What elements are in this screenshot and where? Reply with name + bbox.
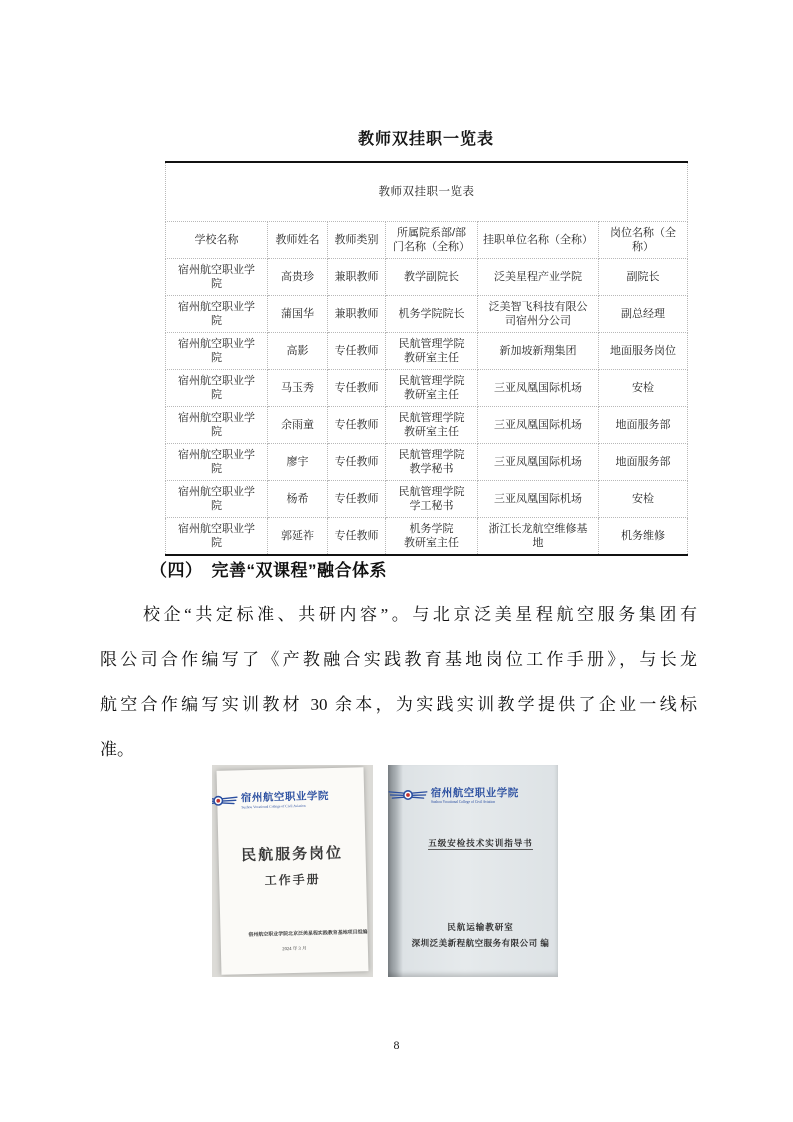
table-row: 宿州航空职业学院蒲国华兼职教师机务学院院长泛美智飞科技有限公 司宿州分公司副总经… bbox=[166, 296, 688, 333]
right-book-department: 民航运输教研室 bbox=[403, 921, 558, 933]
table-cell: 浙江长龙航空维修基 地 bbox=[478, 518, 599, 556]
table-row: 宿州航空职业学院高贵珍兼职教师教学副院长泛美星程产业学院副院长 bbox=[166, 259, 688, 296]
left-book-cover: 宿州航空职业学院 Suzhou Vocational College of Ci… bbox=[217, 767, 369, 975]
table-cell: 民航管理学院 教研室主任 bbox=[386, 333, 478, 370]
college-logo: 宿州航空职业学院 Suzhou Vocational College of Ci… bbox=[403, 765, 558, 805]
table-cell: 教学副院长 bbox=[386, 259, 478, 296]
paragraph-line: 限公司合作编写了《产教融合实践教育基地岗位工作手册》，与长龙 bbox=[100, 637, 697, 682]
table-cell: 宿州航空职业学院 bbox=[166, 370, 268, 407]
table-row: 宿州航空职业学院郭延祚专任教师机务学院 教研室主任浙江长龙航空维修基 地机务维修 bbox=[166, 518, 688, 556]
table-cell: 泛美智飞科技有限公 司宿州分公司 bbox=[478, 296, 599, 333]
table-caption: 教师双挂职一览表 bbox=[166, 162, 688, 222]
table-row: 宿州航空职业学院廖宇专任教师民航管理学院 教学秘书三亚凤凰国际机场地面服务部 bbox=[166, 444, 688, 481]
table-cell: 专任教师 bbox=[328, 407, 386, 444]
table-cell: 安检 bbox=[599, 481, 688, 518]
table-cell: 三亚凤凰国际机场 bbox=[478, 481, 599, 518]
table-cell: 兼职教师 bbox=[328, 259, 386, 296]
table-cell: 三亚凤凰国际机场 bbox=[478, 407, 599, 444]
table-cell: 宿州航空职业学院 bbox=[166, 518, 268, 556]
table-row: 宿州航空职业学院杨希专任教师民航管理学院 学工秘书三亚凤凰国际机场安检 bbox=[166, 481, 688, 518]
table-cell: 专任教师 bbox=[328, 481, 386, 518]
table-cell: 余雨童 bbox=[268, 407, 328, 444]
table-cell: 新加坡新翔集团 bbox=[478, 333, 599, 370]
table-cell: 宿州航空职业学院 bbox=[166, 296, 268, 333]
right-book-cover: 宿州航空职业学院 Suzhou Vocational College of Ci… bbox=[403, 765, 558, 977]
table-cell: 三亚凤凰国际机场 bbox=[478, 444, 599, 481]
table-row: 宿州航空职业学院马玉秀专任教师民航管理学院 教研室主任三亚凤凰国际机场安检 bbox=[166, 370, 688, 407]
book-photo-right: 宿州航空职业学院 Suzhou Vocational College of Ci… bbox=[388, 765, 558, 977]
table-cell: 民航管理学院 教研室主任 bbox=[386, 370, 478, 407]
table-cell: 民航管理学院 学工秘书 bbox=[386, 481, 478, 518]
table-cell: 杨希 bbox=[268, 481, 328, 518]
document-page: 教师双挂职一览表 教师双挂职一览表 学校名称教师姓名教师类别所属院系部/部门名称… bbox=[0, 0, 793, 1122]
college-name: 宿州航空职业学院 bbox=[241, 787, 373, 805]
table-cell: 地面服务部 bbox=[599, 407, 688, 444]
table-cell: 机务学院 教研室主任 bbox=[386, 518, 478, 556]
table-row: 宿州航空职业学院高影专任教师民航管理学院 教研室主任新加坡新翔集团地面服务岗位 bbox=[166, 333, 688, 370]
teacher-roster-table: 教师双挂职一览表 学校名称教师姓名教师类别所属院系部/部门名称（全称）挂职单位名… bbox=[165, 161, 688, 556]
table-row: 宿州航空职业学院余雨童专任教师民航管理学院 教研室主任三亚凤凰国际机场地面服务部 bbox=[166, 407, 688, 444]
left-book-editor: 宿州航空职业学院北京泛美星程实践教育基地项目组编 bbox=[248, 929, 339, 938]
wings-emblem-icon bbox=[212, 792, 238, 809]
table-cell: 地面服务岗位 bbox=[599, 333, 688, 370]
table-cell: 副院长 bbox=[599, 259, 688, 296]
table-cell: 宿州航空职业学院 bbox=[166, 259, 268, 296]
table-cell: 蒲国华 bbox=[268, 296, 328, 333]
table-cell: 专任教师 bbox=[328, 333, 386, 370]
table-cell: 安检 bbox=[599, 370, 688, 407]
section-heading: （四） 完善“双课程”融合体系 bbox=[150, 556, 387, 581]
table-cell: 宿州航空职业学院 bbox=[166, 481, 268, 518]
table-header-cell: 学校名称 bbox=[166, 222, 268, 259]
table-cell: 专任教师 bbox=[328, 444, 386, 481]
paragraph-line: 航空合作编写实训教材 30 余本，为实践实训教学提供了企业一线标 bbox=[100, 682, 697, 727]
table-header-cell: 岗位名称（全称） bbox=[599, 222, 688, 259]
college-name-english: Suzhou Vocational College of Civil Aviat… bbox=[241, 804, 305, 808]
table-header-cell: 教师姓名 bbox=[268, 222, 328, 259]
table-cell: 廖宇 bbox=[268, 444, 328, 481]
wings-emblem-icon bbox=[388, 787, 428, 803]
table-header-row: 学校名称教师姓名教师类别所属院系部/部门名称（全称）挂职单位名称（全称）岗位名称… bbox=[166, 222, 688, 259]
table-cell: 泛美星程产业学院 bbox=[478, 259, 599, 296]
table-cell: 地面服务部 bbox=[599, 444, 688, 481]
right-book-editor: 深圳泛美新程航空服务有限公司 编 bbox=[403, 937, 558, 949]
table-caption-row: 教师双挂职一览表 bbox=[166, 162, 688, 222]
paragraph-line: 校企“共定标准、共研内容”。与北京泛美星程航空服务集团有 bbox=[100, 592, 697, 637]
left-book-date: 2024 年 3 月 bbox=[252, 944, 337, 952]
table-cell: 民航管理学院 教研室主任 bbox=[386, 407, 478, 444]
college-name: 宿州航空职业学院 bbox=[431, 785, 558, 800]
page-title: 教师双挂职一览表 bbox=[165, 126, 687, 149]
table-cell: 机务维修 bbox=[599, 518, 688, 556]
table-cell: 马玉秀 bbox=[268, 370, 328, 407]
table-cell: 郭延祚 bbox=[268, 518, 328, 556]
table-cell: 高影 bbox=[268, 333, 328, 370]
book-photo-left: 宿州航空职业学院 Suzhou Vocational College of Ci… bbox=[212, 765, 373, 977]
page-number: 8 bbox=[0, 1038, 793, 1053]
table-cell: 宿州航空职业学院 bbox=[166, 333, 268, 370]
body-paragraph: 校企“共定标准、共研内容”。与北京泛美星程航空服务集团有限公司合作编写了《产教融… bbox=[100, 592, 697, 772]
table-header-cell: 挂职单位名称（全称） bbox=[478, 222, 599, 259]
table-cell: 副总经理 bbox=[599, 296, 688, 333]
book-photos: 宿州航空职业学院 Suzhou Vocational College of Ci… bbox=[212, 765, 558, 977]
table-cell: 民航管理学院 教学秘书 bbox=[386, 444, 478, 481]
table-cell: 宿州航空职业学院 bbox=[166, 407, 268, 444]
table-header-cell: 所属院系部/部门名称（全称） bbox=[386, 222, 478, 259]
right-book-title: 五级安检技术实训指导书 bbox=[403, 833, 558, 851]
table-header-cell: 教师类别 bbox=[328, 222, 386, 259]
left-book-title-line1: 民航服务岗位 bbox=[218, 841, 365, 866]
college-name-english: Suzhou Vocational College of Civil Aviat… bbox=[431, 800, 495, 802]
college-logo: 宿州航空职业学院 Suzhou Vocational College of Ci… bbox=[217, 767, 365, 811]
table-cell: 专任教师 bbox=[328, 518, 386, 556]
table-cell: 兼职教师 bbox=[328, 296, 386, 333]
table-body: 宿州航空职业学院高贵珍兼职教师教学副院长泛美星程产业学院副院长宿州航空职业学院蒲… bbox=[166, 259, 688, 556]
table-cell: 机务学院院长 bbox=[386, 296, 478, 333]
left-book-title-line2: 工作手册 bbox=[219, 869, 366, 890]
table-cell: 三亚凤凰国际机场 bbox=[478, 370, 599, 407]
table-cell: 专任教师 bbox=[328, 370, 386, 407]
table-cell: 宿州航空职业学院 bbox=[166, 444, 268, 481]
table-cell: 高贵珍 bbox=[268, 259, 328, 296]
